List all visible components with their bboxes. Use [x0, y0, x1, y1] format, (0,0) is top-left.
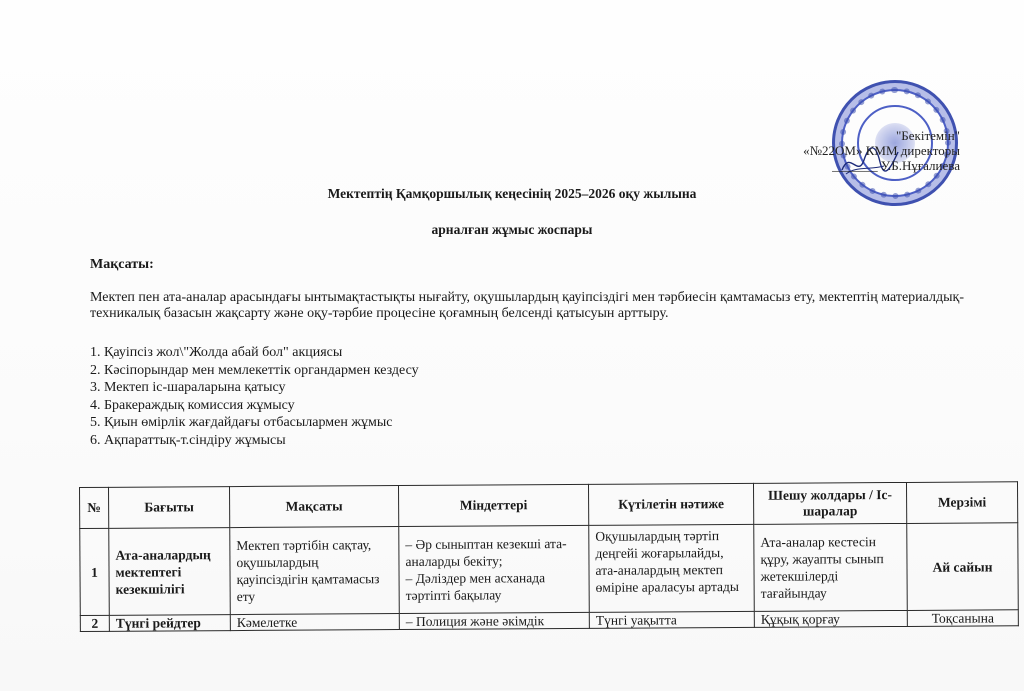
cell-no: 1 [80, 528, 110, 615]
goal-label: Мақсаты: [90, 257, 154, 273]
cell-tasks: – Әр сыныптан кезекші ата-аналарды бекіт… [399, 525, 590, 613]
list-item: 4. Бракераждық комиссия жұмысу [90, 397, 419, 415]
table-row: 1 Ата-аналардың мектептегі кезекшілігі М… [80, 523, 1019, 616]
header-result: Күтілетін нәтиже [588, 483, 753, 525]
cell-actions: Ата-аналар кестесін құру, жауапты сынып … [754, 523, 908, 611]
header-actions: Шешу жолдары / Іс-шаралар [753, 482, 906, 524]
table-header-row: № Бағыты Мақсаты Міндеттері Күтілетін нә… [80, 482, 1018, 529]
document-title-line-2: арналған жұмыс жоспары [0, 222, 1024, 238]
cell-actions: Құқық қорғау [754, 610, 907, 627]
header-tasks: Міндеттері [398, 484, 588, 526]
header-no: № [80, 487, 109, 528]
approval-heading: "Бекітемін" [803, 128, 960, 143]
cell-goal: Мектеп тәртібін сақтау, оқушылардың қауі… [230, 527, 400, 615]
goal-text: Мектеп пен ата-аналар арасындағы ынтымақ… [90, 290, 990, 322]
cell-result: Түнгі уақытта [589, 611, 754, 628]
header-term: Мерзімі [906, 482, 1017, 524]
work-plan-table: № Бағыты Мақсаты Міндеттері Күтілетін нә… [79, 481, 1019, 632]
cell-term: Ай сайын [907, 523, 1019, 611]
cell-direction: Түнгі рейдтер [109, 615, 230, 632]
cell-goal: Кәмелетке [230, 614, 399, 631]
cell-direction: Ата-аналардың мектептегі кезекшілігі [109, 528, 231, 616]
cell-result: Оқушылардың тәртіп деңгейі жоғарылайды, … [589, 524, 755, 612]
approval-block: "Бекітемін" «№22ОМ» КММ директоры ______… [803, 128, 960, 173]
list-item: 1. Қауіпсіз жол\"Жолда абай бол" акциясы [90, 344, 419, 362]
approval-position: «№22ОМ» КММ директоры [803, 143, 960, 158]
list-item: 6. Ақпараттық-т.сіндіру жұмысы [90, 432, 419, 450]
directions-list: 1. Қауіпсіз жол\"Жолда абай бол" акциясы… [90, 344, 419, 449]
cell-term: Тоқсанына [907, 610, 1018, 627]
header-goal: Мақсаты [230, 486, 399, 528]
header-direction: Бағыты [109, 487, 230, 529]
cell-tasks: – Полиция және әкімдік [399, 612, 589, 629]
list-item: 5. Қиын өмірлік жағдайдағы отбасылармен … [90, 414, 419, 432]
list-item: 3. Мектеп іс-шараларына қатысу [90, 379, 419, 397]
approval-signature-line: _______ У.Б.Нұғалиева [803, 158, 960, 173]
list-item: 2. Кәсіпорындар мен мемлекеттік органдар… [90, 362, 419, 380]
cell-no: 2 [80, 615, 109, 631]
